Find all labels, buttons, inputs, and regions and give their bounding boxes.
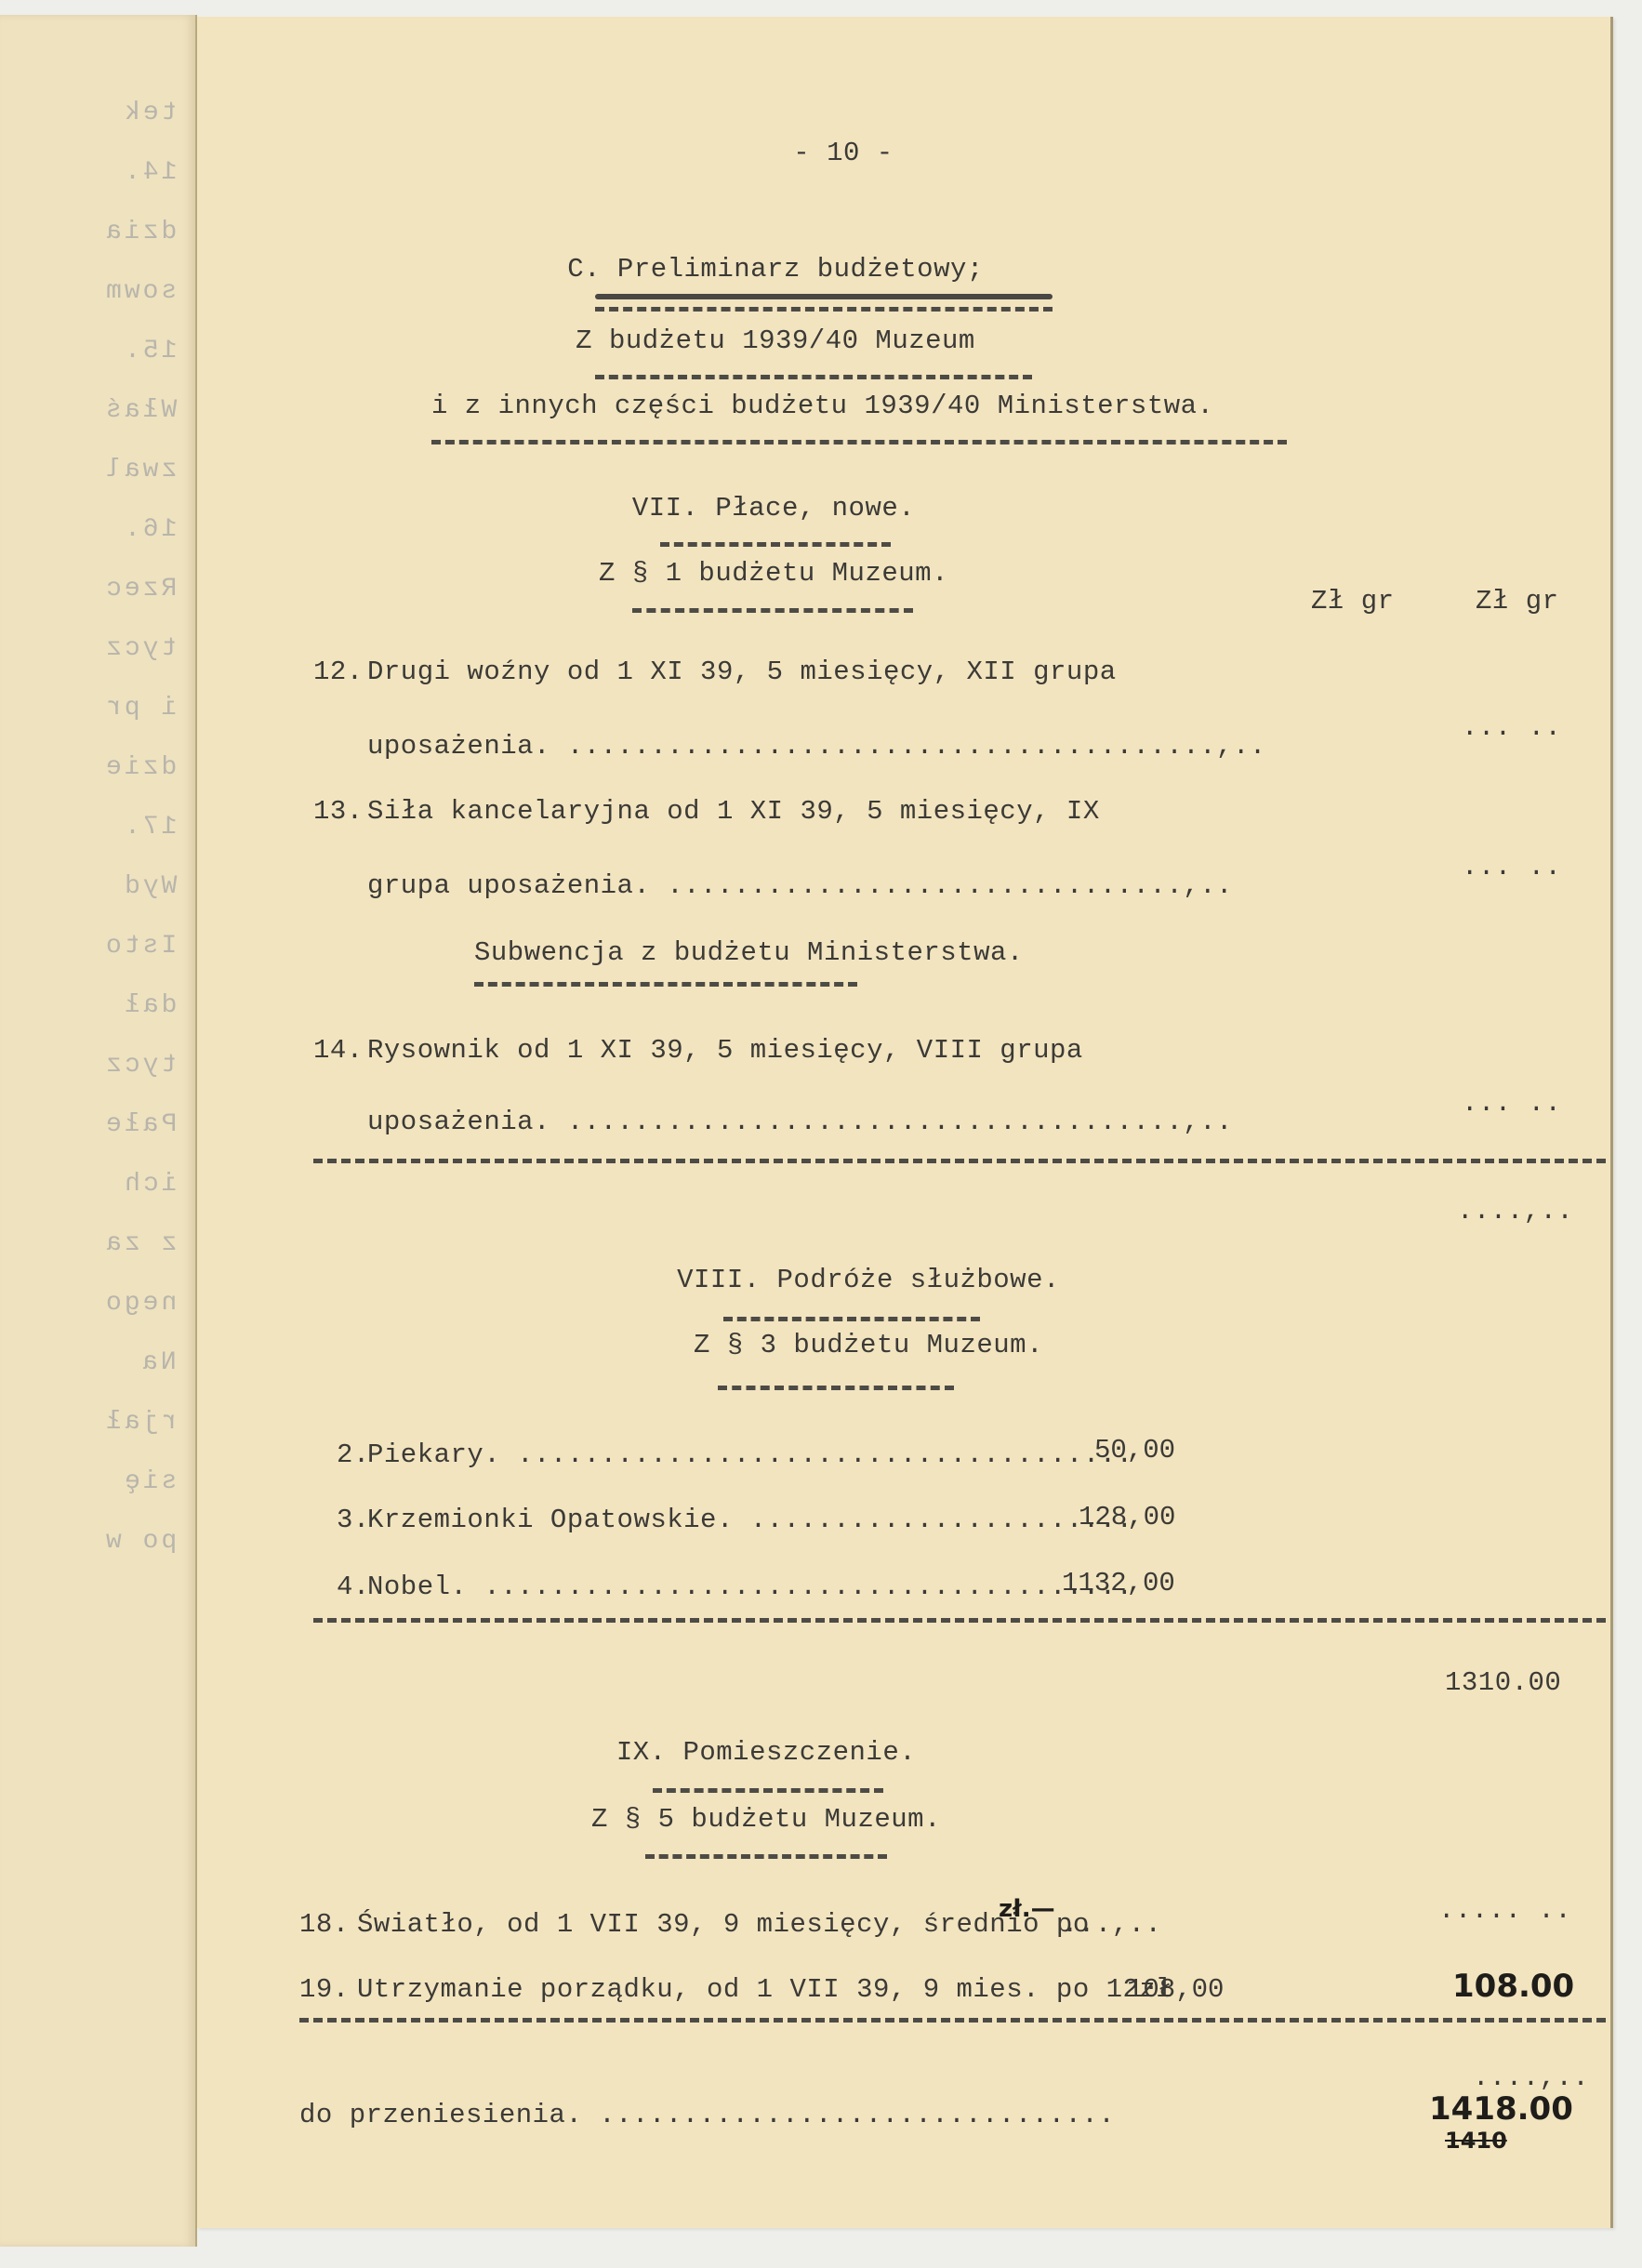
previous-page-fragment: sowm bbox=[103, 277, 177, 306]
carry-forward-rule bbox=[299, 2018, 1606, 2023]
previous-page-fragment: 15. bbox=[122, 337, 177, 365]
subtitle-ministry-rule bbox=[431, 440, 1287, 444]
handwritten-total-19: 108.00 bbox=[1452, 1968, 1574, 2005]
previous-page-fragment: 14. bbox=[122, 158, 177, 187]
previous-page-fragment: się bbox=[122, 1467, 177, 1496]
subsidy-rule bbox=[474, 982, 857, 987]
subtitle-museum-rule bbox=[595, 375, 1032, 379]
handwritten-annotation: zł.— bbox=[999, 1895, 1055, 1923]
previous-page-fragment: Wyd bbox=[122, 872, 177, 901]
section-viii-rule bbox=[723, 1317, 980, 1321]
previous-page-fragment: zwal bbox=[103, 456, 177, 484]
subtitle-ministry: i z innych części budżetu 1939/40 Minist… bbox=[431, 391, 1213, 421]
section-vii-source-rule bbox=[632, 608, 913, 613]
previous-page-fragment: rjał bbox=[103, 1408, 177, 1437]
section-viii-source-rule bbox=[718, 1386, 954, 1390]
struck-carry-value: 1410 bbox=[1445, 2128, 1507, 2154]
previous-page-fragment: i pr bbox=[103, 694, 177, 723]
previous-page-fragment: nego bbox=[103, 1289, 177, 1318]
section-ix-rule bbox=[653, 1788, 883, 1793]
page-number: - 10 - bbox=[793, 138, 893, 168]
section-viii-total: 1310.00 bbox=[1445, 1667, 1561, 1698]
section-heading-vii: VII. Płace, nowe. bbox=[632, 493, 915, 524]
subsidy-source: Subwencja z budżetu Ministerstwa. bbox=[474, 937, 1024, 968]
previous-page-fragment: 17. bbox=[122, 813, 177, 842]
section-vii-rule bbox=[660, 542, 891, 547]
handwritten-carry-value: 1418.00 bbox=[1429, 2090, 1573, 2128]
previous-page-fragment: tycz bbox=[103, 634, 177, 663]
previous-page-fragment: dzie bbox=[103, 753, 177, 782]
previous-page-fragment: Rzec bbox=[103, 575, 177, 603]
previous-page-fragment: z za bbox=[103, 1229, 177, 1258]
section-viii-source: Z § 3 budżetu Muzeum. bbox=[694, 1330, 1043, 1360]
previous-page-edge: tek14.dziasowm15.Właśzwal16.Rzectyczi pr… bbox=[0, 15, 197, 2247]
subtitle-museum: Z budżetu 1939/40 Muzeum bbox=[576, 325, 975, 356]
document-page: - 10 - C. Preliminarz budżetowy; Z budże… bbox=[197, 17, 1613, 2228]
previous-page-fragment: ich bbox=[122, 1170, 177, 1199]
title-dash-rule bbox=[595, 307, 1053, 312]
previous-page-fragment: Na bbox=[139, 1348, 177, 1377]
section-viii-total-rule bbox=[313, 1618, 1606, 1623]
previous-page-fragment: dał bbox=[122, 991, 177, 1020]
previous-page-fragment: Isto bbox=[103, 932, 177, 961]
previous-page-fragment: Właś bbox=[103, 396, 177, 425]
column-header-2: Zł gr bbox=[1476, 586, 1559, 617]
section-title: C. Preliminarz budżetowy; bbox=[567, 254, 984, 285]
title-underline bbox=[595, 294, 1053, 299]
previous-page-fragment: Pałe bbox=[103, 1110, 177, 1139]
section-ix-source-rule bbox=[645, 1854, 887, 1859]
previous-page-fragment: dzia bbox=[103, 218, 177, 246]
section-vii-source: Z § 1 budżetu Muzeum. bbox=[599, 558, 948, 589]
previous-page-fragment: tek bbox=[122, 99, 177, 127]
section-vii-total-rule bbox=[313, 1159, 1606, 1163]
section-heading-ix: IX. Pomieszczenie. bbox=[616, 1737, 916, 1768]
previous-page-fragment: tycz bbox=[103, 1051, 177, 1080]
section-ix-source: Z § 5 budżetu Muzeum. bbox=[591, 1804, 941, 1835]
section-vii-total: ....,.. bbox=[1457, 1196, 1573, 1227]
section-heading-viii: VIII. Podróże służbowe. bbox=[677, 1265, 1060, 1295]
previous-page-fragment: 16. bbox=[122, 515, 177, 544]
previous-page-fragment: po w bbox=[103, 1527, 177, 1556]
column-header-1: Zł gr bbox=[1311, 586, 1395, 617]
